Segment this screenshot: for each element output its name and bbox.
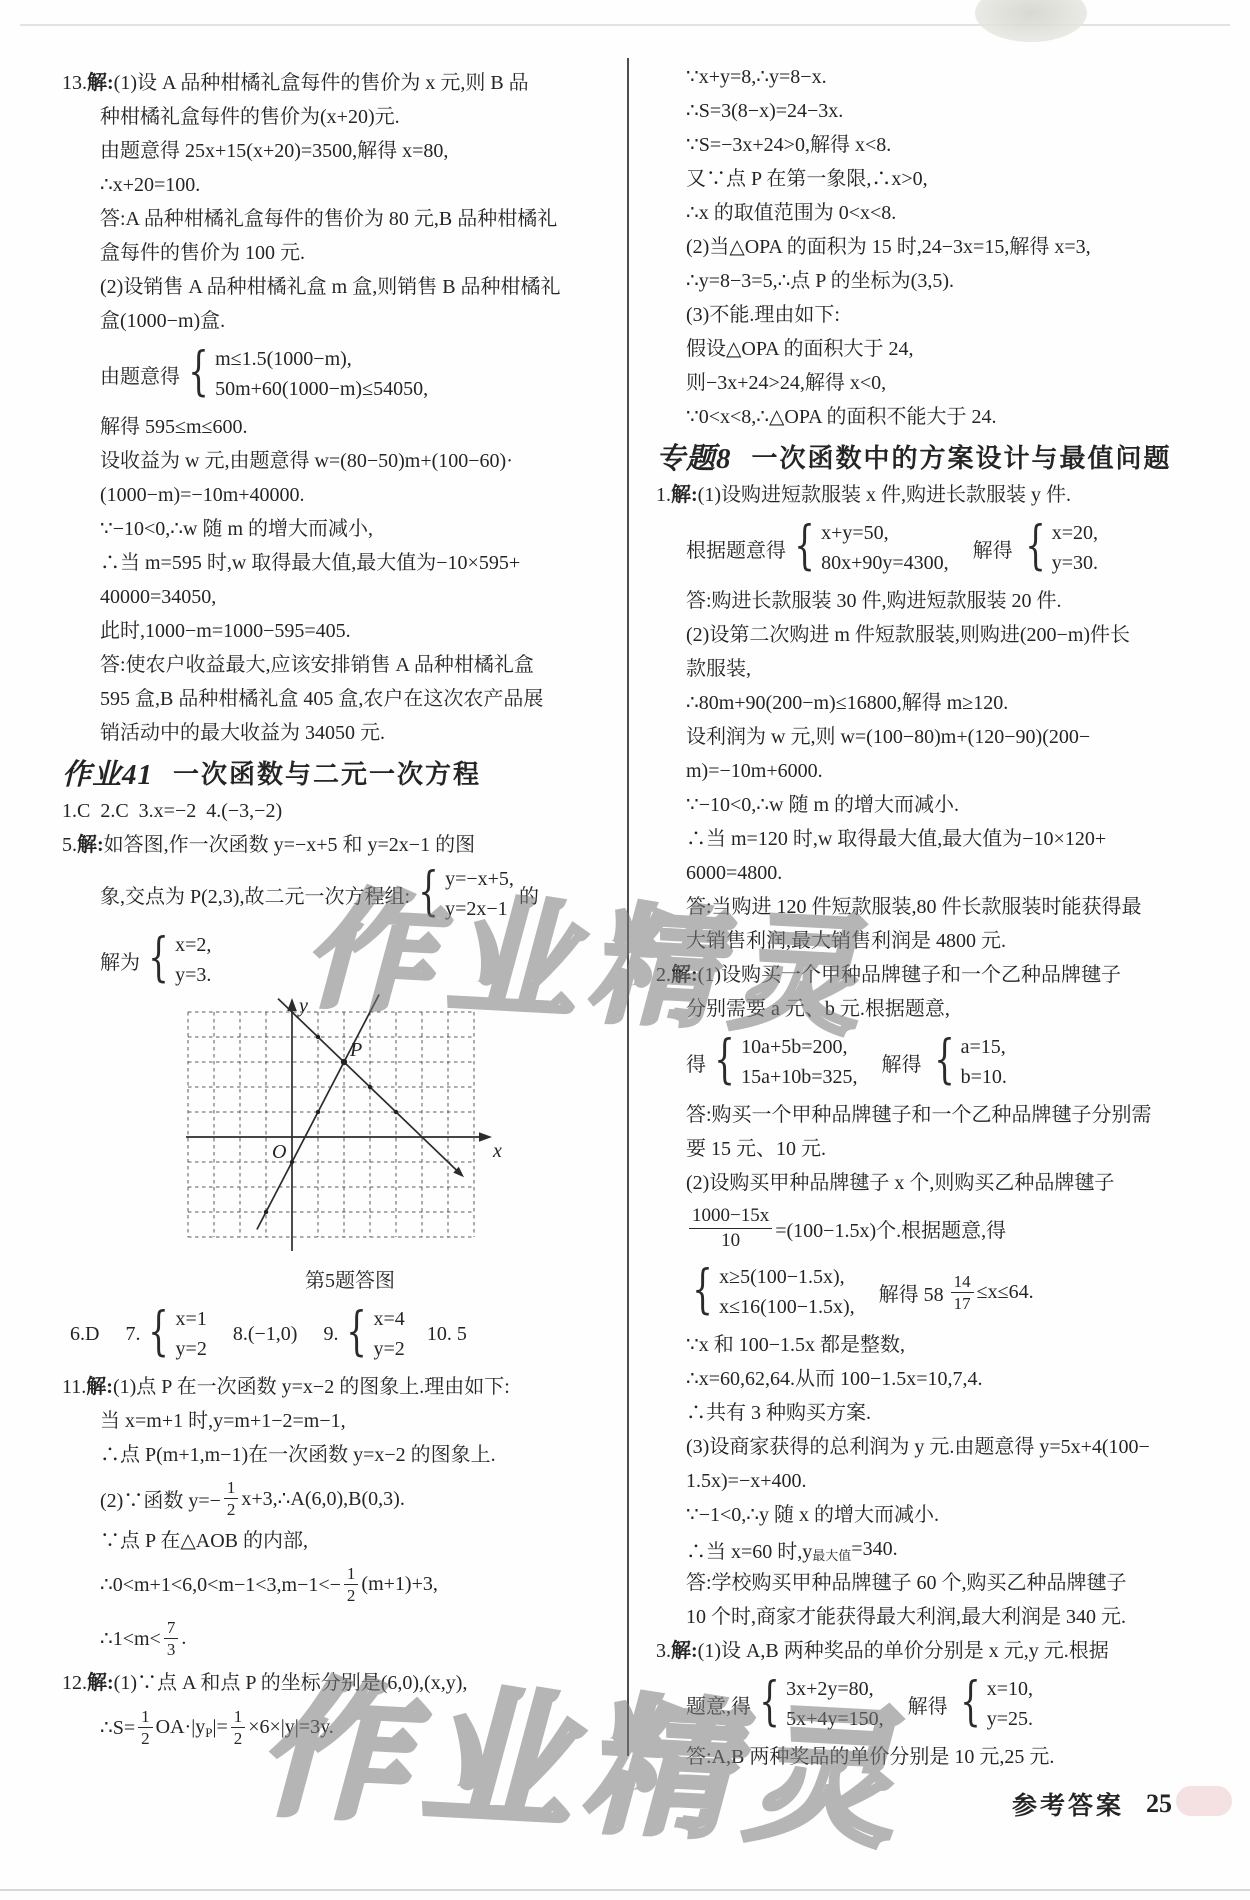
fraction: 12 <box>224 1477 239 1520</box>
equation: x=4 <box>374 1304 405 1334</box>
solution-line: (2)当△OPA 的面积为 15 时,24−3x=15,解得 x=3, <box>656 230 1176 264</box>
system-equations: a=15, b=10. <box>961 1032 1007 1092</box>
line-text: (1)设购买一个甲种品牌毽子和一个乙种品牌毽子 <box>698 958 1121 992</box>
solution-line: ∴共有 3 种购买方案. <box>656 1396 1176 1430</box>
system-lead: 根据题意得 <box>686 534 786 563</box>
fraction: 73 <box>164 1617 179 1660</box>
numerator: 1 <box>224 1477 239 1499</box>
system-mid: 解得 58 <box>879 1278 944 1307</box>
numerator: 1000−15x <box>689 1204 772 1229</box>
footer-pink-tab <box>1176 1786 1232 1816</box>
equation-system: 解为 { x=2, y=3. <box>62 926 550 994</box>
solution-line: ∵−10<0,∴w 随 m 的增大而减小. <box>656 788 1176 822</box>
equation: x=1 <box>176 1304 207 1334</box>
solution-line: 大销售利润,最大销售利润是 4800 元. <box>656 924 1176 958</box>
solution-line: ∵−10<0,∴w 随 m 的增大而减小, <box>62 512 550 546</box>
system-equations: x=1 y=2 <box>176 1304 207 1364</box>
item-number: 11. <box>62 1370 86 1404</box>
line-text: (1)点 P 在一次函数 y=x−2 的图象上.理由如下: <box>113 1370 510 1404</box>
answers-row-6-10: 6.D 7. { x=1 y=2 8.(−1,0) 9. { x=4 y=2 1… <box>62 1298 550 1370</box>
page-bottom-edge <box>0 1889 1250 1891</box>
equation: x+y=50, <box>821 518 949 548</box>
ymax-line: ∴当 x=60 时,y 最大值 =340. <box>656 1532 1176 1566</box>
fraction: 1000−15x10 <box>689 1204 772 1253</box>
solution-line: 又∵点 P 在第一象限,∴x>0, <box>656 162 1176 196</box>
system-equations: x=4 y=2 <box>374 1304 405 1364</box>
fraction: 12 <box>138 1706 153 1749</box>
figure-caption: 第5题答图 <box>180 1264 520 1298</box>
line-text: (1)设 A 品种柑橘礼盒每件的售价为 x 元,则 B 品 <box>114 66 529 100</box>
line-text: (m+1)+3, <box>361 1573 437 1596</box>
line-text: ∴0<m+1<6,0<m−1<3,m−1<− <box>100 1572 341 1597</box>
column-divider <box>627 58 629 1756</box>
fraction-line: ∴1<m< 73 . <box>62 1610 550 1666</box>
answer-page: 13.解:(1)设 A 品种柑橘礼盒每件的售价为 x 元,则 B 品 种柑橘礼盒… <box>0 0 1250 1900</box>
system-equations: x+y=50, 80x+90y=4300, <box>821 518 949 578</box>
item-number: 12. <box>62 1666 87 1700</box>
equation: y=25. <box>987 1704 1033 1734</box>
lattice-dot <box>290 1160 294 1164</box>
equation: 80x+90y=4300, <box>821 548 949 578</box>
solution-line: 答:当购进 120 件短款服装,80 件长款服装时能获得最 <box>656 890 1176 924</box>
jie-label: 解: <box>87 1666 114 1700</box>
jie-label: 解: <box>87 66 114 100</box>
equation: a=15, <box>961 1032 1007 1062</box>
denominator: 3 <box>164 1639 179 1660</box>
subscript: P <box>205 1725 212 1741</box>
system-lead: 得 <box>686 1048 706 1077</box>
line-text: OA·|y <box>156 1716 206 1739</box>
solution-line: 答:A 品种柑橘礼盒每件的售价为 80 元,B 品种柑橘礼 <box>62 202 550 236</box>
answer-9-number: 9. <box>323 1323 338 1346</box>
answer-figure-5: y P O x <box>180 994 520 1264</box>
solution-line: (2)设第二次购进 m 件短款服装,则购进(200−m)件长 <box>656 618 1176 652</box>
solution-line: ∴y=8−3=5,∴点 P 的坐标为(3,5). <box>656 264 1176 298</box>
solution-line: 13.解:(1)设 A 品种柑橘礼盒每件的售价为 x 元,则 B 品 <box>62 66 550 100</box>
solution-line: 盒(1000−m)盒. <box>62 304 550 338</box>
solution-line: ∵−1<0,∴y 随 x 的增大而减小. <box>656 1498 1176 1532</box>
solution-line: ∴S=3(8−x)=24−3x. <box>656 94 1176 128</box>
item-number: 13. <box>62 66 87 100</box>
solution-line: 10 个时,商家才能获得最大利润,最大利润是 340 元. <box>656 1600 1176 1634</box>
point-P-dot <box>341 1059 347 1065</box>
brace-glyph: { <box>692 1264 713 1316</box>
item-number: 3. <box>656 1634 671 1668</box>
fraction-line: 1000−15x10 =(100−1.5x)个.根据题意,得 <box>656 1200 1176 1256</box>
solution-line: ∴x=60,62,64.从而 100−1.5x=10,7,4. <box>656 1362 1176 1396</box>
line-text: 如答图,作一次函数 y=−x+5 和 y=2x−1 的图 <box>104 828 475 862</box>
solution-line: 答:A,B 两种奖品的单价分别是 10 元,25 元. <box>656 1740 1176 1774</box>
equation: y=2 <box>374 1334 405 1364</box>
equation-system: { x≥5(100−1.5x), x≤16(100−1.5x), 解得 58 1… <box>656 1256 1176 1328</box>
fraction: 12 <box>344 1563 359 1606</box>
jie-label: 解: <box>86 1370 113 1404</box>
solution-line: 595 盒,B 品种柑橘礼盒 405 盒,农户在这次农产品展 <box>62 682 550 716</box>
section-header-homework-41: 作业41 一次函数与二元一次方程 <box>62 750 550 794</box>
line-text: x+3,∴A(6,0),B(0,3). <box>241 1486 404 1511</box>
section-title: 一次函数与二元一次方程 <box>173 754 481 791</box>
system-lead: 由题意得 <box>100 360 180 389</box>
system-equations: x≥5(100−1.5x), x≤16(100−1.5x), <box>719 1262 855 1322</box>
solution-line: (2)设销售 A 品种柑橘礼盒 m 盒,则销售 B 品种柑橘礼 <box>62 270 550 304</box>
equation: x=2, <box>175 930 211 960</box>
equation: x≤16(100−1.5x), <box>719 1292 855 1322</box>
lattice-dot <box>394 1110 398 1114</box>
numerator: 1 <box>231 1706 246 1728</box>
x-axis-arrow <box>479 1132 492 1142</box>
equation: y=−x+5, <box>445 864 514 894</box>
numerator: 1 <box>138 1706 153 1728</box>
solution-line: 40000=34050, <box>62 580 550 614</box>
system-lead: 解为 <box>100 946 140 975</box>
solution-line: ∴x 的取值范围为 0<x<8. <box>656 196 1176 230</box>
brace-glyph: { <box>1025 520 1046 572</box>
left-column: 13.解:(1)设 A 品种柑橘礼盒每件的售价为 x 元,则 B 品 种柑橘礼盒… <box>62 66 550 1754</box>
solution-line: ∵点 P 在△AOB 的内部, <box>62 1524 550 1558</box>
denominator: 2 <box>231 1728 246 1749</box>
line-text: |= <box>212 1716 227 1739</box>
jie-label: 解: <box>77 828 104 862</box>
answer-7-number: 7. <box>125 1323 140 1346</box>
origin-label: O <box>272 1141 286 1163</box>
solution-line: 分别需要 a 元、b 元.根据题意, <box>656 992 1176 1026</box>
solution-line: 3.解:(1)设 A,B 两种奖品的单价分别是 x 元,y 元.根据 <box>656 1634 1176 1668</box>
equation: x=20, <box>1052 518 1098 548</box>
solution-line: ∴x+20=100. <box>62 168 550 202</box>
equation-system: 得 { 10a+5b=200, 15a+10b=325, 解得 { a=15, … <box>656 1026 1176 1098</box>
lattice-dot <box>264 1210 268 1214</box>
equation: 50m+60(1000−m)≤54050, <box>215 374 428 404</box>
section-number: 专题8 <box>656 436 732 477</box>
solution-line: m)=−10m+6000. <box>656 754 1176 788</box>
solution-line: 答:学校购买甲种品牌毽子 60 个,购买乙种品牌毽子 <box>656 1566 1176 1600</box>
brace-glyph: { <box>418 866 439 918</box>
denominator: 17 <box>951 1293 974 1314</box>
system-equations: 10a+5b=200, 15a+10b=325, <box>741 1032 857 1092</box>
system-tail: ≤x≤64. <box>977 1281 1034 1304</box>
equation: b=10. <box>961 1062 1007 1092</box>
solution-line: (3)不能.理由如下: <box>656 298 1176 332</box>
equation: 15a+10b=325, <box>741 1062 857 1092</box>
equation: x≥5(100−1.5x), <box>719 1262 855 1292</box>
grid-dashed <box>188 1012 474 1237</box>
fraction-line: ∴0<m+1<6,0<m−1<3,m−1<− 12 (m+1)+3, <box>62 1558 550 1610</box>
solution-line: 要 15 元、10 元. <box>656 1132 1176 1166</box>
system-equations: 3x+2y=80, 5x+4y=150, <box>786 1674 884 1734</box>
solution-line: 设利润为 w 元,则 w=(100−80)m+(120−90)(200− <box>656 720 1176 754</box>
subscript: 最大值 <box>812 1545 851 1564</box>
solution-line: ∵0<x<8,∴△OPA 的面积不能大于 24. <box>656 400 1176 434</box>
equation-system: 根据题意得 { x+y=50, 80x+90y=4300, 解得 { x=20,… <box>656 512 1176 584</box>
solution-line: 2.解:(1)设购买一个甲种品牌毽子和一个乙种品牌毽子 <box>656 958 1176 992</box>
fraction-line: ∴S= 12 OA·|y P |= 12 ×6×|y|=3y. <box>62 1700 550 1754</box>
equation: y=2 <box>176 1334 207 1364</box>
equation: m≤1.5(1000−m), <box>215 344 428 374</box>
equation: 5x+4y=150, <box>786 1704 884 1734</box>
line-text: ∴1<m< <box>100 1626 161 1651</box>
solution-line: 答:使农户收益最大,应该安排销售 A 品种柑橘礼盒 <box>62 648 550 682</box>
solution-line: 则−3x+24>24,解得 x<0, <box>656 366 1176 400</box>
line-text: (1)设 A,B 两种奖品的单价分别是 x 元,y 元.根据 <box>698 1634 1109 1668</box>
line-text: 的 <box>514 880 539 909</box>
page-footer: 参考答案 25 <box>1012 1786 1172 1822</box>
line-text: =340. <box>851 1538 897 1561</box>
equation: 10a+5b=200, <box>741 1032 857 1062</box>
system-equations: m≤1.5(1000−m), 50m+60(1000−m)≤54050, <box>215 344 428 404</box>
solution-line: ∴点 P(m+1,m−1)在一次函数 y=x−2 的图象上. <box>62 1438 550 1472</box>
equation: y=2x−1 <box>445 894 514 924</box>
section-number: 作业41 <box>62 752 153 793</box>
solution-line: 当 x=m+1 时,y=m+1−2=m−1, <box>62 1404 550 1438</box>
brace-glyph: { <box>759 1676 780 1728</box>
jie-label: 解: <box>671 958 698 992</box>
solution-line: ∵S=−3x+24>0,解得 x<8. <box>656 128 1176 162</box>
fraction-line: (2)∵函数 y=− 12 x+3,∴A(6,0),B(0,3). <box>62 1472 550 1524</box>
y-axis-label: y <box>297 995 308 1017</box>
brace-glyph: { <box>149 1306 170 1358</box>
brace-glyph: { <box>794 520 815 572</box>
solution-line: (1000−m)=−10m+40000. <box>62 478 550 512</box>
line-y-eq-neg-x-plus-5 <box>278 999 458 1172</box>
solution-line: ∴80m+90(200−m)≤16800,解得 m≥120. <box>656 686 1176 720</box>
line-text: ×6×|y|=3y. <box>248 1716 334 1739</box>
page-number: 25 <box>1146 1789 1172 1819</box>
solution-line: 1.5x)=−x+400. <box>656 1464 1176 1498</box>
brace-glyph: { <box>188 346 209 398</box>
numerator: 7 <box>164 1617 179 1639</box>
jie-label: 解: <box>671 1634 698 1668</box>
lattice-dot <box>316 1110 320 1114</box>
answer-6: 6.D <box>70 1323 99 1346</box>
solution-line: 解得 595≤m≤600. <box>62 410 550 444</box>
equation: x=10, <box>987 1674 1033 1704</box>
solution-line: 由题意得 25x+15(x+20)=3500,解得 x=80, <box>62 134 550 168</box>
equation-system: 由题意得 { m≤1.5(1000−m), 50m+60(1000−m)≤540… <box>62 338 550 410</box>
answers-row: 1.C 2.C 3.x=−2 4.(−3,−2) <box>62 794 550 828</box>
fraction: 1417 <box>951 1271 974 1314</box>
brace-glyph: { <box>960 1676 981 1728</box>
line-text: . <box>181 1627 186 1650</box>
solution-line: 销活动中的最大收益为 34050 元. <box>62 716 550 750</box>
solution-line: 12.解:(1)∵点 A 和点 P 的坐标分别是(6,0),(x,y), <box>62 1666 550 1700</box>
line-text: (1)设购进短款服装 x 件,购进长款服装 y 件. <box>698 478 1071 512</box>
solution-line: 5.解:如答图,作一次函数 y=−x+5 和 y=2x−1 的图 <box>62 828 550 862</box>
equation: y=3. <box>175 960 211 990</box>
line-text: 象,交点为 P(2,3),故二元一次方程组: <box>100 880 410 909</box>
solution-line: 答:购进长款服装 30 件,购进短款服装 20 件. <box>656 584 1176 618</box>
system-lead: 题意,得 <box>686 1690 751 1719</box>
brace-glyph: { <box>347 1306 368 1358</box>
x-axis-label: x <box>492 1140 502 1162</box>
line-text: (2)∵函数 y=− <box>100 1484 221 1513</box>
numerator: 14 <box>951 1271 974 1293</box>
solution-line: 盒每件的售价为 100 元. <box>62 236 550 270</box>
solution-line: ∵x+y=8,∴y=8−x. <box>656 60 1176 94</box>
line-text: (1)∵点 A 和点 P 的坐标分别是(6,0),(x,y), <box>114 1666 468 1700</box>
item-number: 2. <box>656 958 671 992</box>
answer-8: 8.(−1,0) <box>233 1323 298 1346</box>
brace-glyph: { <box>934 1034 955 1086</box>
item-number: 5. <box>62 828 77 862</box>
equation: 3x+2y=80, <box>786 1674 884 1704</box>
answer-10: 10. 5 <box>427 1323 467 1346</box>
system-equations: x=10, y=25. <box>987 1674 1033 1734</box>
solution-line: 此时,1000−m=1000−595=405. <box>62 614 550 648</box>
solution-line: 6000=4800. <box>656 856 1176 890</box>
solution-line: 1.解:(1)设购进短款服装 x 件,购进长款服装 y 件. <box>656 478 1176 512</box>
solution-line: (3)设商家获得的总利润为 y 元.由题意得 y=5x+4(100− <box>656 1430 1176 1464</box>
solution-line: 假设△OPA 的面积大于 24, <box>656 332 1176 366</box>
solution-line: 设收益为 w 元,由题意得 w=(80−50)m+(100−60)· <box>62 444 550 478</box>
equation: y=30. <box>1052 548 1098 578</box>
system-mid: 解得 <box>973 534 1013 563</box>
system-mid: 解得 <box>908 1690 948 1719</box>
solution-line: 款服装, <box>656 652 1176 686</box>
lattice-dot <box>368 1085 372 1089</box>
inline-system-line: 象,交点为 P(2,3),故二元一次方程组: { y=−x+5, y=2x−1 … <box>62 862 550 926</box>
solution-line: ∴当 m=595 时,w 取得最大值,最大值为−10×595+ <box>62 546 550 580</box>
coordinate-graph: y P O x <box>180 994 520 1264</box>
brace-glyph: { <box>148 932 169 984</box>
item-number: 1. <box>656 478 671 512</box>
solution-line: 种柑橘礼盒每件的售价为(x+20)元. <box>62 100 550 134</box>
section-title: 一次函数中的方案设计与最值问题 <box>752 438 1172 475</box>
solution-line: 答:购买一个甲种品牌毽子和一个乙种品牌毽子分别需 <box>656 1098 1176 1132</box>
system-equations: y=−x+5, y=2x−1 <box>445 864 514 924</box>
section-header-topic-8: 专题8 一次函数中的方案设计与最值问题 <box>656 434 1176 478</box>
point-P-label: P <box>349 1039 362 1061</box>
solution-line: 11.解:(1)点 P 在一次函数 y=x−2 的图象上.理由如下: <box>62 1370 550 1404</box>
denominator: 10 <box>718 1229 743 1253</box>
system-mid: 解得 <box>882 1048 922 1077</box>
right-column: ∵x+y=8,∴y=8−x. ∴S=3(8−x)=24−3x. ∵S=−3x+2… <box>656 60 1176 1774</box>
lattice-dot <box>316 1035 320 1039</box>
system-equations: x=20, y=30. <box>1052 518 1098 578</box>
system-equations: x=2, y=3. <box>175 930 211 990</box>
denominator: 2 <box>138 1728 153 1749</box>
denominator: 2 <box>224 1499 239 1520</box>
solution-line: ∵x 和 100−1.5x 都是整数, <box>656 1328 1176 1362</box>
denominator: 2 <box>344 1585 359 1606</box>
fraction: 12 <box>231 1706 246 1749</box>
line-text: =(100−1.5x)个.根据题意,得 <box>775 1214 1006 1243</box>
line-text: ∴S= <box>100 1715 135 1740</box>
equation-system: 题意,得 { 3x+2y=80, 5x+4y=150, 解得 { x=10, y… <box>656 1668 1176 1740</box>
jie-label: 解: <box>671 478 698 512</box>
page-curl-artifact <box>975 0 1087 42</box>
footer-label: 参考答案 <box>1012 1786 1124 1822</box>
brace-glyph: { <box>714 1034 735 1086</box>
numerator: 1 <box>344 1563 359 1585</box>
solution-line: (2)设购买甲种品牌毽子 x 个,则购买乙种品牌毽子 <box>656 1166 1176 1200</box>
solution-line: ∴当 m=120 时,w 取得最大值,最大值为−10×120+ <box>656 822 1176 856</box>
line-text: ∴当 x=60 时,y <box>686 1535 812 1564</box>
